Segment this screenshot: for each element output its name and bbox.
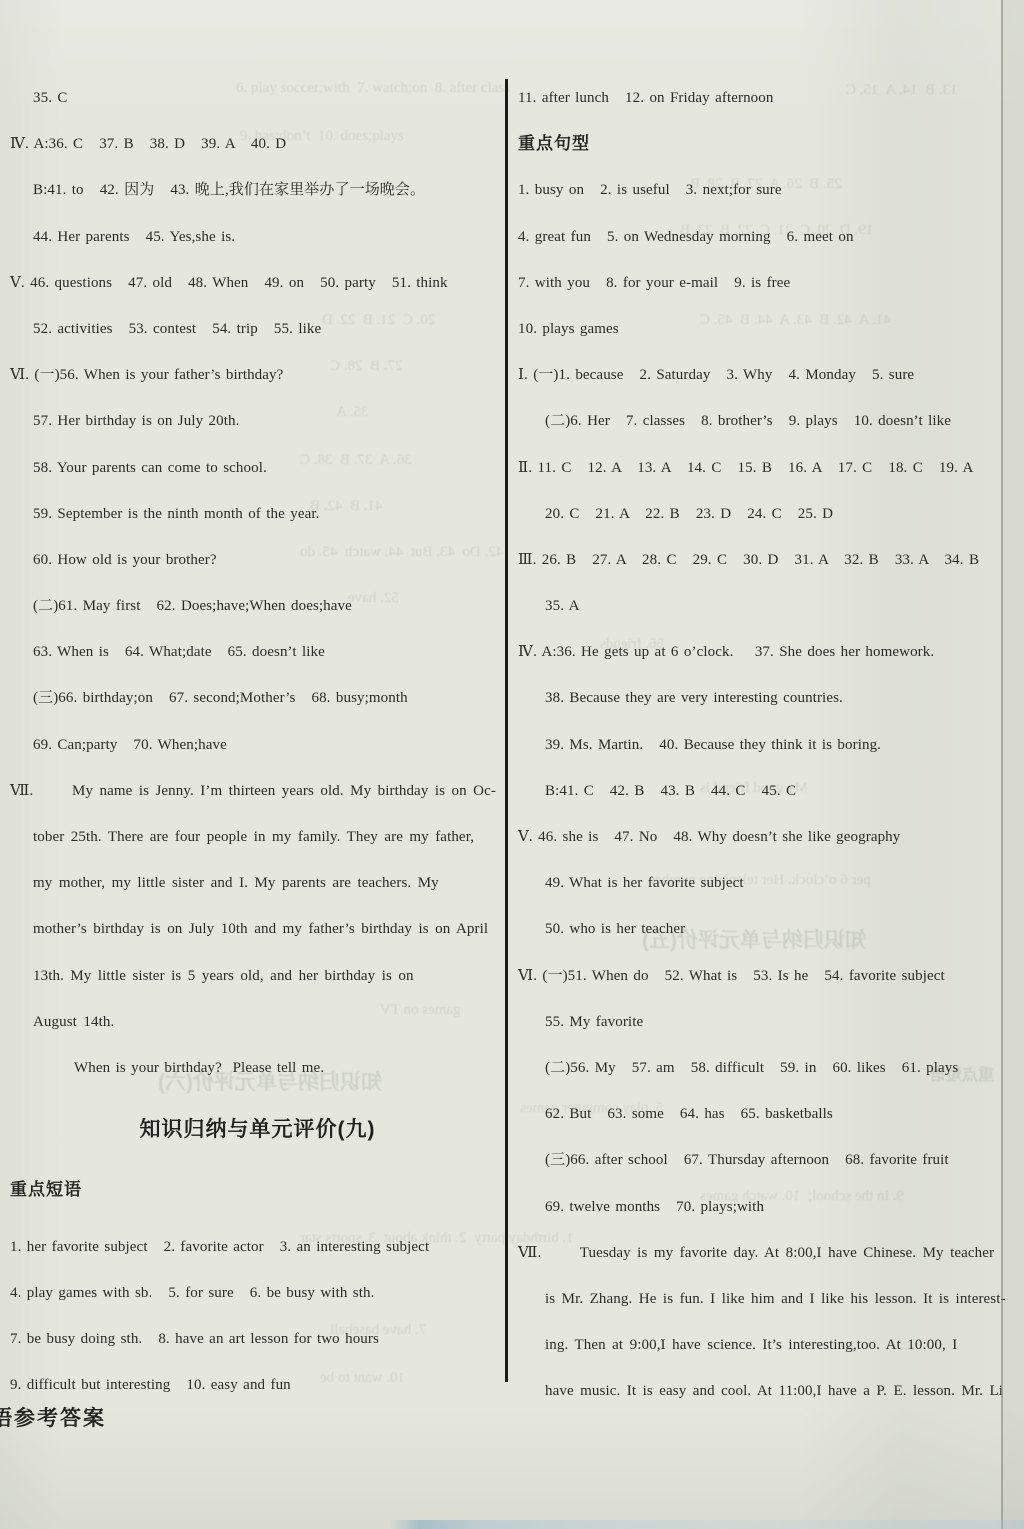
- answer-line: When is your birthday? Please tell me.: [10, 1045, 505, 1091]
- answer-line: 39. Ms. Martin. 40. Because they think i…: [518, 722, 1010, 768]
- paragraph-line: tober 25th. There are four people in my …: [10, 814, 505, 860]
- answer-line: 59. September is the ninth month of the …: [10, 491, 505, 537]
- answer-line: (二)61. May first 62. Does;have;When does…: [10, 583, 505, 629]
- answer-line: Ⅵ. (一)51. When do 52. What is 53. Is he …: [518, 953, 1010, 999]
- answer-line: 7. with you 8. for your e-mail 9. is fre…: [518, 260, 1010, 306]
- answer-line: 58. Your parents can come to school.: [10, 445, 505, 491]
- answer-line: 20. C 21. A 22. B 23. D 24. C 25. D: [518, 491, 1010, 537]
- answer-line: (二)56. My 57. am 58. difficult 59. in 60…: [518, 1045, 1010, 1091]
- answer-line: (三)66. after school 67. Thursday afterno…: [518, 1137, 1010, 1183]
- answer-line: 4. play games with sb. 5. for sure 6. be…: [10, 1270, 505, 1316]
- answer-line: 49. What is her favorite subject: [518, 860, 1010, 906]
- answer-line: 38. Because they are very interesting co…: [518, 675, 1010, 721]
- answer-line: 1. her favorite subject 2. favorite acto…: [10, 1224, 505, 1270]
- page-footer: 语参考答案: [0, 1402, 106, 1432]
- answer-line: 35. A: [518, 583, 1010, 629]
- scan-bottom-blue-strip: [0, 1520, 1024, 1529]
- paragraph-line: my mother, my little sister and I. My pa…: [10, 860, 505, 906]
- answer-line: 52. activities 53. contest 54. trip 55. …: [10, 306, 505, 352]
- answer-line: 69. Can;party 70. When;have: [10, 722, 505, 768]
- paragraph-line: ing. Then at 9:00,I have science. It’s i…: [518, 1322, 1010, 1368]
- paragraph-line: Ⅶ. Tuesday is my favorite day. At 8:00,I…: [518, 1230, 1010, 1276]
- answer-line: B:41. to 42. 因为 43. 晚上,我们在家里举办了一场晚会。: [10, 167, 505, 213]
- answer-line: 44. Her parents 45. Yes,she is.: [10, 214, 505, 260]
- answer-line: Ⅳ. A:36. He gets up at 6 o’clock. 37. Sh…: [518, 629, 1010, 675]
- page-edge-shade: [1002, 0, 1024, 1529]
- section-title: 重点短语: [10, 1167, 505, 1213]
- answer-line: 10. plays games: [518, 306, 1010, 352]
- answer-line: 1. busy on 2. is useful 3. next;for sure: [518, 167, 1010, 213]
- paragraph-line: mother’s birthday is on July 10th and my…: [10, 906, 505, 952]
- answer-line: Ⅵ. (一)56. When is your father’s birthday…: [10, 352, 505, 398]
- answer-line: 7. be busy doing sth. 8. have an art les…: [10, 1316, 505, 1362]
- answer-line: 60. How old is your brother?: [10, 537, 505, 583]
- answer-line: 35. C: [10, 75, 505, 121]
- answer-line: 4. great fun 5. on Wednesday morning 6. …: [518, 214, 1010, 260]
- paragraph-line: have music. It is easy and cool. At 11:0…: [518, 1368, 1010, 1414]
- answer-line: 55. My favorite: [518, 999, 1010, 1045]
- answer-line: Ⅲ. 26. B 27. A 28. C 29. C 30. D 31. A 3…: [518, 537, 1010, 583]
- paragraph-line: 13th. My little sister is 5 years old, a…: [10, 953, 505, 999]
- answer-line: B:41. C 42. B 43. B 44. C 45. C: [518, 768, 1010, 814]
- page-edge-line: [1001, 0, 1003, 1529]
- section-title: 重点句型: [518, 121, 1010, 167]
- column-divider-line: [505, 79, 508, 1382]
- left-column: 35. CⅣ. A:36. C 37. B 38. D 39. A 40. DB…: [10, 75, 505, 1408]
- answer-line: 69. twelve months 70. plays;with: [518, 1184, 1010, 1230]
- answer-line: (二)6. Her 7. classes 8. brother’s 9. pla…: [518, 398, 1010, 444]
- answer-line: Ⅰ. (一)1. because 2. Saturday 3. Why 4. M…: [518, 352, 1010, 398]
- answer-line: (三)66. birthday;on 67. second;Mother’s 6…: [10, 675, 505, 721]
- scanned-answer-key-page: 6. play soccer;with 7. watch;on 8. after…: [0, 0, 1024, 1529]
- answer-line: 63. When is 64. What;date 65. doesn’t li…: [10, 629, 505, 675]
- answer-line: Ⅴ. 46. questions 47. old 48. When 49. on…: [10, 260, 505, 306]
- paragraph-line: is Mr. Zhang. He is fun. I like him and …: [518, 1276, 1010, 1322]
- answer-line: 57. Her birthday is on July 20th.: [10, 398, 505, 444]
- answer-line: Ⅴ. 46. she is 47. No 48. Why doesn’t she…: [518, 814, 1010, 860]
- unit-heading: 知识归纳与单元评价(九): [10, 1107, 505, 1153]
- answer-line: Ⅱ. 11. C 12. A 13. A 14. C 15. B 16. A 1…: [518, 445, 1010, 491]
- answer-line: 11. after lunch 12. on Friday afternoon: [518, 75, 1010, 121]
- answer-line: 50. who is her teacher: [518, 906, 1010, 952]
- answer-line: Ⅳ. A:36. C 37. B 38. D 39. A 40. D: [10, 121, 505, 167]
- paragraph-line: Ⅶ. My name is Jenny. I’m thirteen years …: [10, 768, 505, 814]
- answer-line: 62. But 63. some 64. has 65. basketballs: [518, 1091, 1010, 1137]
- right-column: 11. after lunch 12. on Friday afternoon重…: [518, 75, 1010, 1414]
- paragraph-line: August 14th.: [10, 999, 505, 1045]
